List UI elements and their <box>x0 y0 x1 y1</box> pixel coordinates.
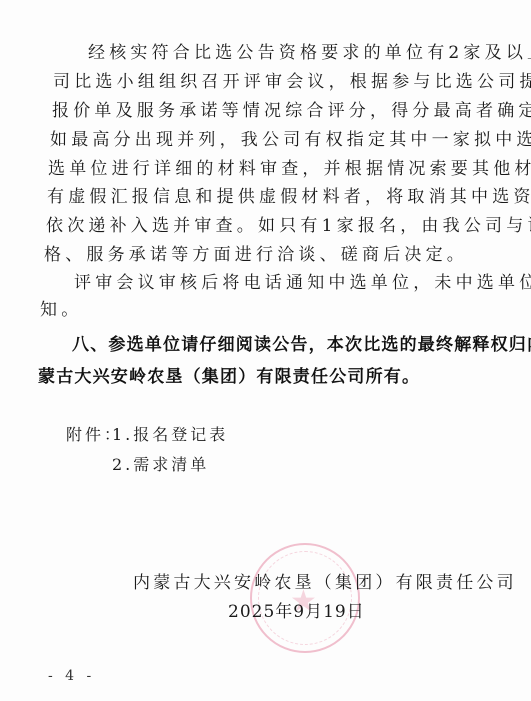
paragraph-2-line-1: 评审会议审核后将电话通知中选单位，未中选单位不另行通 <box>74 273 531 293</box>
paragraph-2-line-2: 知。 <box>40 300 82 320</box>
paragraph-1-line-1: 经核实符合比选公告资格要求的单位有2家及以上的，我公 <box>88 43 531 63</box>
paragraph-1-line-8: 格、服务承诺等方面进行洽谈、磋商后决定。 <box>44 245 468 265</box>
paragraph-1-line-3: 报价单及服务承诺等情况综合评分，得分最高者确定为中选单位， <box>52 101 531 121</box>
paragraph-1-line-5: 选单位进行详细的材料审查，并根据情况索要其他材料，如发现 <box>48 159 531 179</box>
paragraph-1-line-4: 如最高分出现并列，我公司有权指定其中一家拟中选，将对拟中 <box>50 130 531 150</box>
attachment-item-2: 2.需求清单 <box>112 455 209 475</box>
paragraph-1-line-7: 依次递补入选并审查。如只有1家报名，由我公司与该单位就价 <box>46 216 531 236</box>
signature-date: 2025年9月19日 <box>228 602 365 622</box>
signature-company: 内蒙古大兴安岭农垦（集团）有限责任公司 <box>133 573 517 593</box>
section-8-line-2: 蒙古大兴安岭农垦（集团）有限责任公司所有。 <box>38 367 420 387</box>
document-page: 经核实符合比选公告资格要求的单位有2家及以上的，我公 司比选小组组织召开评审会议… <box>0 0 531 701</box>
section-8-line-1: 八、参选单位请仔细阅读公告，本次比选的最终解释权归内 <box>72 335 531 355</box>
official-seal: ★ <box>250 543 360 653</box>
paragraph-1-line-6: 有虚假汇报信息和提供虚假材料者，将取消其中选资格，按名次 <box>47 187 531 207</box>
page-number: - 4 - <box>48 666 95 686</box>
paragraph-1-line-2: 司比选小组组织召开评审会议，根据参与比选公司提供的资质， <box>53 72 531 92</box>
attachment-item-1: 1.报名登记表 <box>112 425 228 445</box>
